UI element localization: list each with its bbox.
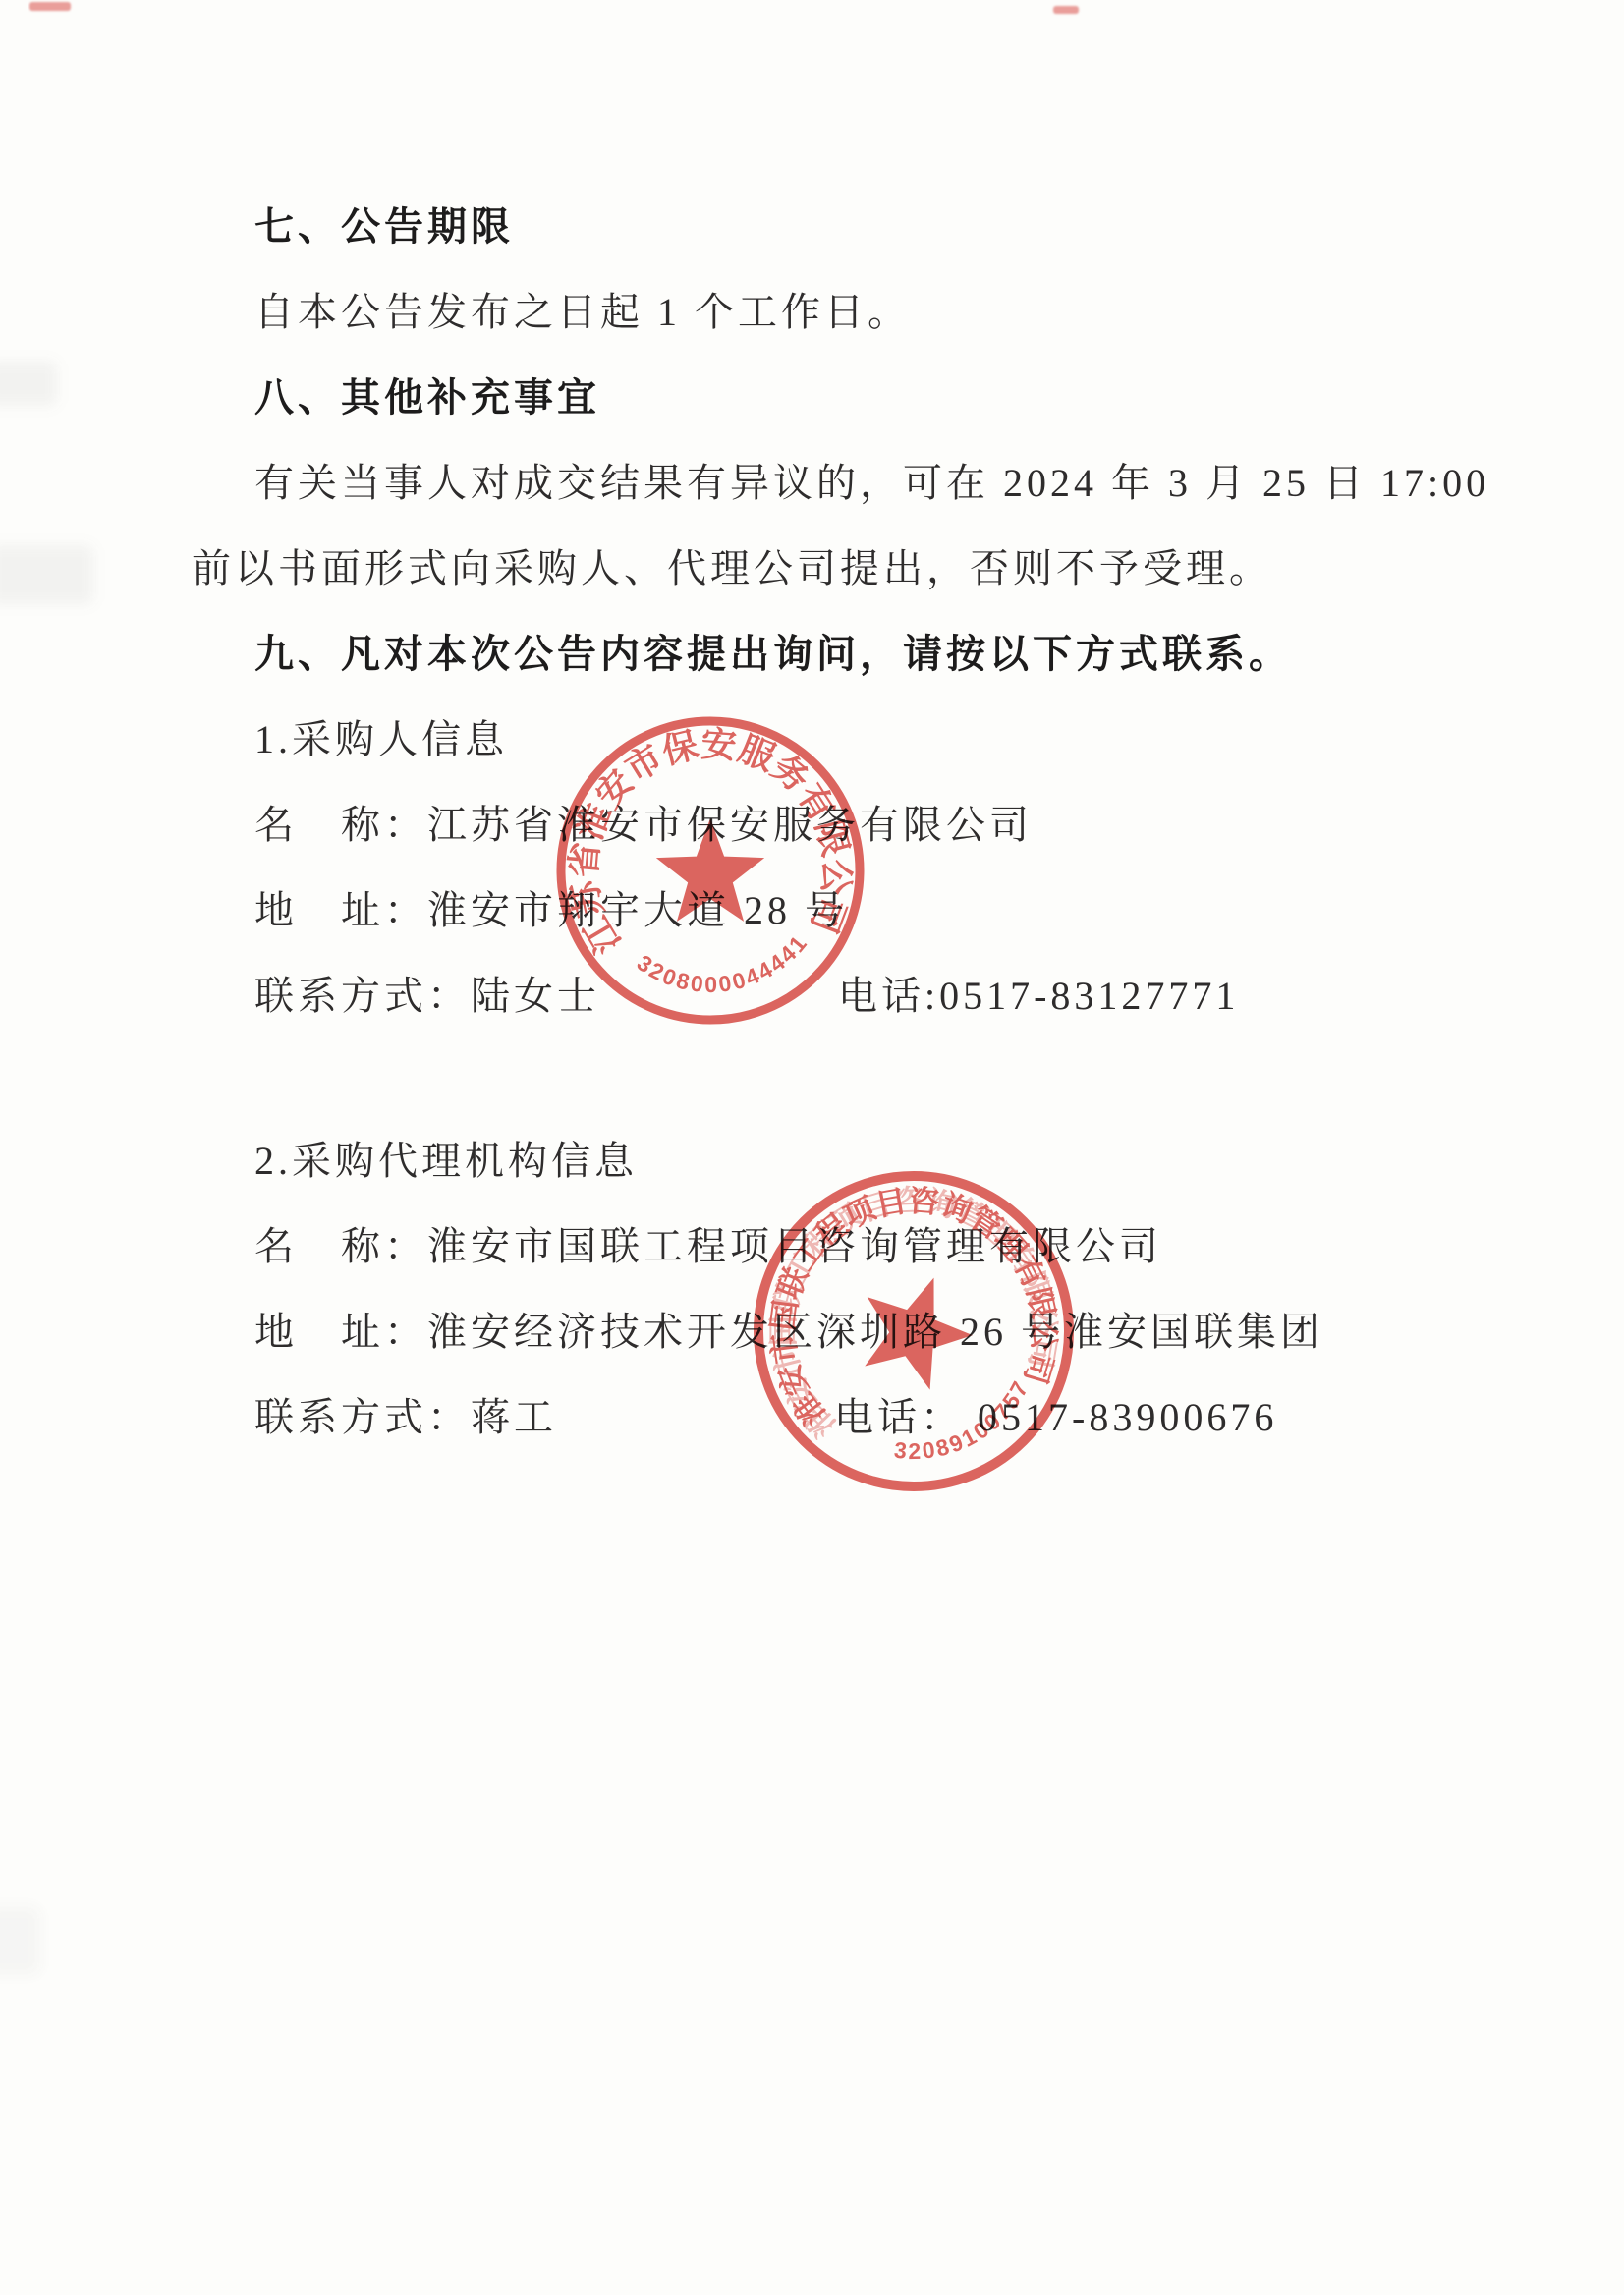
purchaser-phone: 电话:0517-83127771 [838,974,1239,1018]
seal-number-text: 32089100757 [883,1369,1047,1485]
agency-seal-graphic: 淮安市国联工程项目咨询管理有限公司 淮安市国联工程项目咨询管理有限公司 3208… [745,1162,1083,1500]
svg-text:32089100757: 32089100757 [883,1369,1047,1485]
section9-heading: 九、凡对本次公告内容提出询问，请按以下方式联系。 [192,611,1439,697]
scan-smudge [0,1906,40,1975]
section7-body: 自本公告发布之日起 1 个工作日。 [192,269,1439,355]
document-page: 七、公告期限 自本公告发布之日起 1 个工作日。 八、其他补充事宜 有关当事人对… [0,0,1624,2295]
section8-heading: 八、其他补充事宜 [192,355,1439,440]
scan-red-speck [1053,6,1079,14]
scan-smudge [0,545,93,604]
section8-body-line1: 有关当事人对成交结果有异议的，可在 2024 年 3 月 25 日 17:00 [192,440,1439,526]
scan-red-speck [29,2,71,11]
section8-body-line2: 前以书面形式向采购人、代理公司提出，否则不予受理。 [192,526,1439,611]
purchaser-company-seal: 江苏省淮安市保安服务有限公司 3208000044441 [548,708,872,1033]
agency-company-seal: 淮安市国联工程项目咨询管理有限公司 淮安市国联工程项目咨询管理有限公司 3208… [745,1162,1083,1500]
scan-smudge [0,362,57,406]
purchaser-seal-graphic: 江苏省淮安市保安服务有限公司 3208000044441 [548,708,872,1033]
section7-heading: 七、公告期限 [192,184,1439,269]
agency-contact-label: 联系方式：蒋工 [254,1395,557,1439]
seal-star-icon [656,818,764,922]
seal-star-icon [845,1259,986,1397]
